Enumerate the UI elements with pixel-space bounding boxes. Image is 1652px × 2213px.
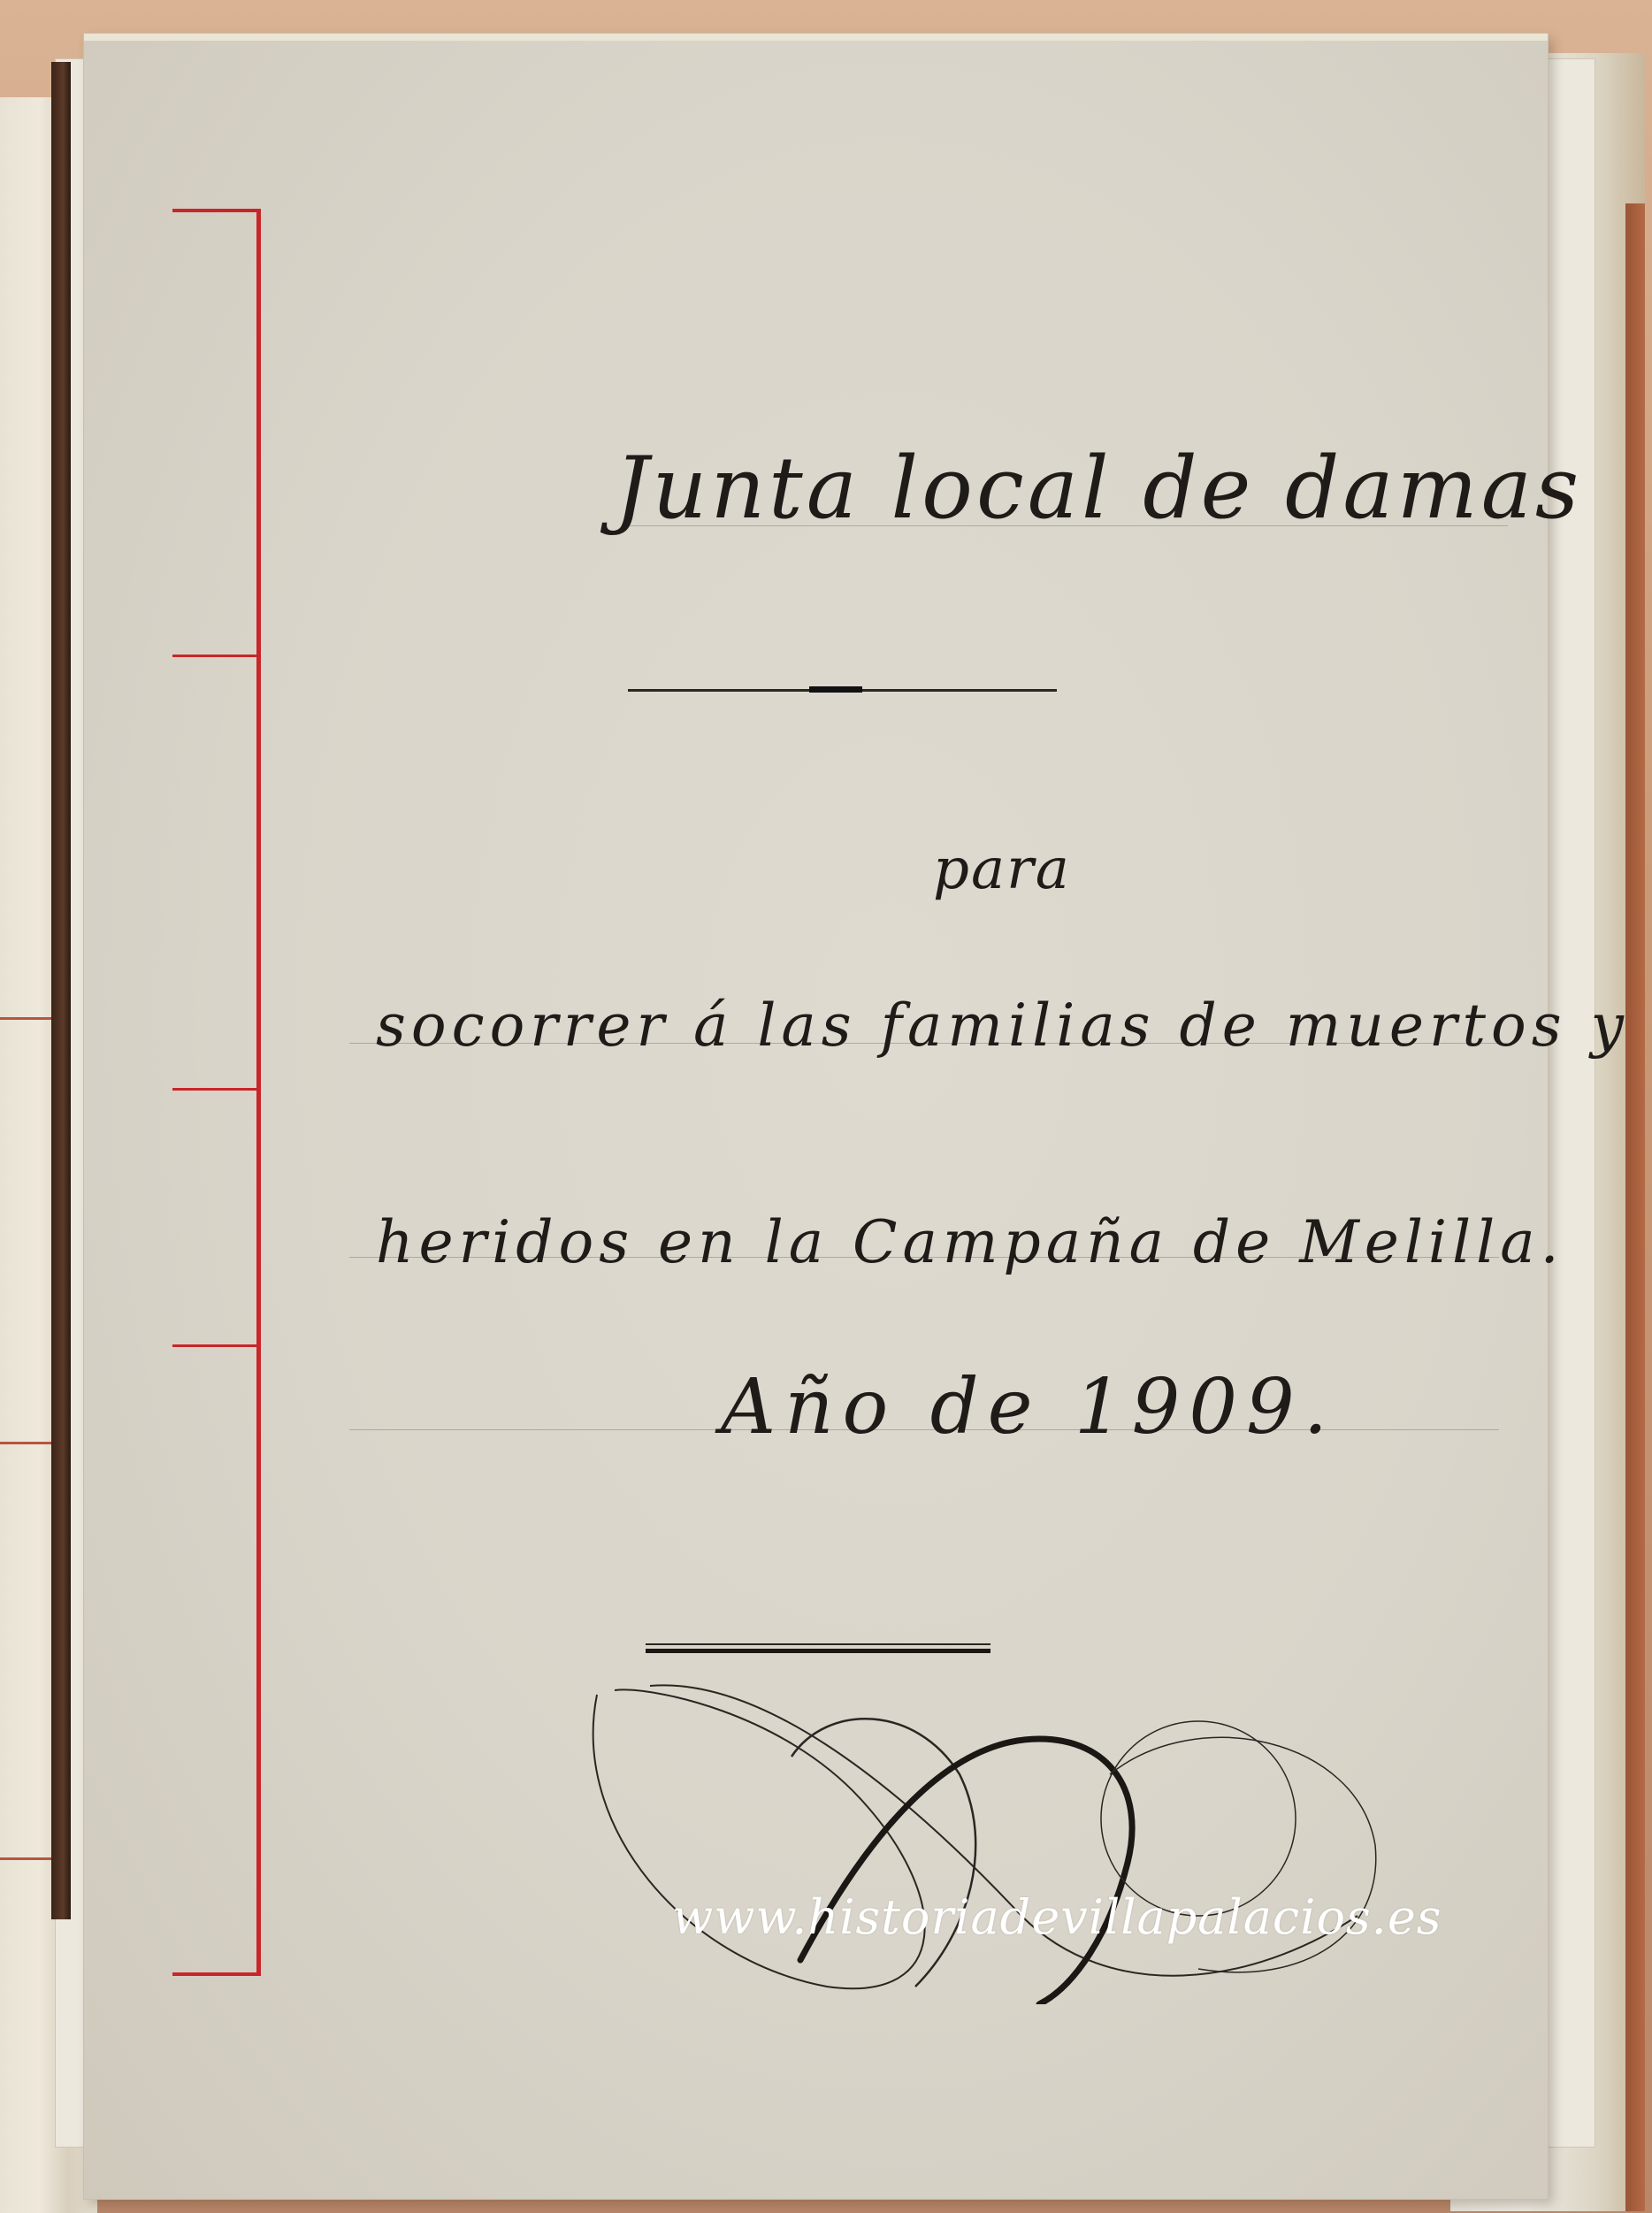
title-divider xyxy=(628,689,1057,692)
document-cover-page: Junta local de damas para socorrer á las… xyxy=(84,34,1548,2199)
binding-stitch xyxy=(172,1088,256,1091)
binding-stitch xyxy=(172,1344,256,1347)
wooden-surface xyxy=(1625,203,1645,2211)
binding-stitch xyxy=(172,655,256,657)
document-title: Junta local de damas xyxy=(615,439,1582,538)
divider-center-mark xyxy=(809,686,862,693)
year-line: Año de 1909. xyxy=(721,1363,1336,1451)
red-thread-binding xyxy=(172,209,261,1976)
thick-rule xyxy=(646,1649,990,1653)
binding-gap xyxy=(51,62,71,1919)
subtitle-line-2: heridos en la Campaña de Melilla. xyxy=(376,1208,1564,1276)
connector-text: para xyxy=(933,837,1071,902)
double-rule-divider xyxy=(646,1643,990,1653)
thin-rule xyxy=(646,1643,990,1645)
website-watermark: www.historiadevillapalacios.es xyxy=(672,1889,1442,1945)
subtitle-line-1: socorrer á las familias de muertos y xyxy=(376,992,1629,1060)
calligraphic-flourish-icon xyxy=(579,1668,1570,2004)
